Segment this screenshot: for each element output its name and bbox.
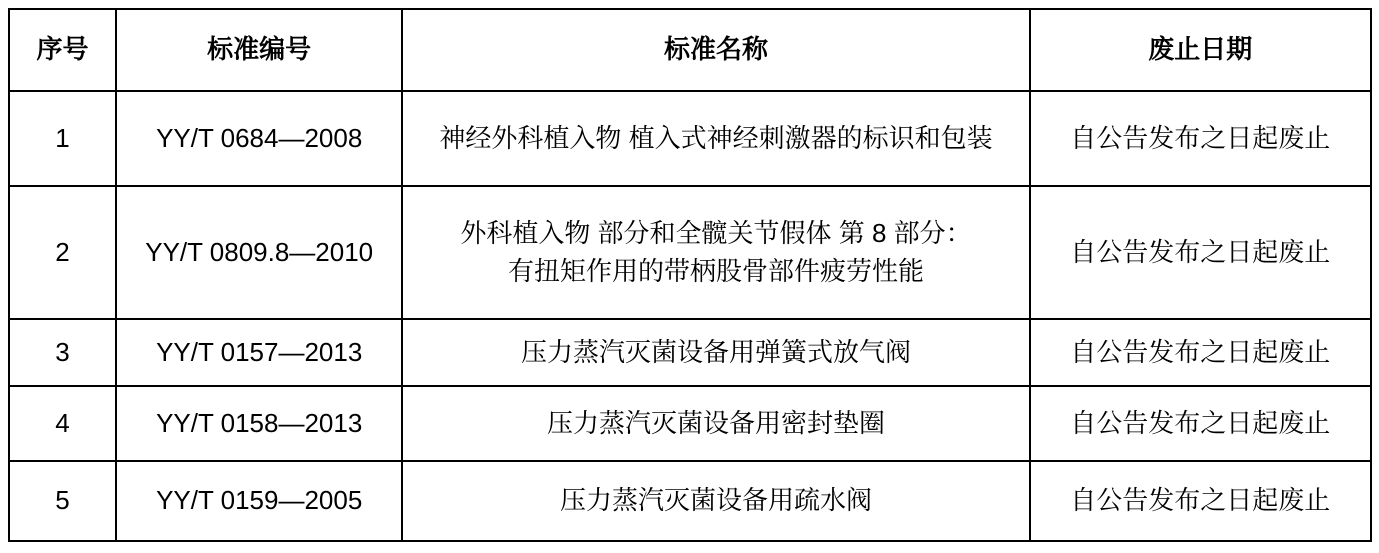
standard-name-cell: 外科植入物 部分和全髋关节假体 第 8 部分： 有扭矩作用的带柄股骨部件疲劳性能	[402, 186, 1029, 319]
abolish-date-cell: 自公告发布之日起废止	[1030, 386, 1371, 461]
abolish-date-cell: 自公告发布之日起废止	[1030, 461, 1371, 541]
standard-code-cell: YY/T 0809.8—2010	[116, 186, 403, 319]
standard-code-cell: YY/T 0158—2013	[116, 386, 403, 461]
standard-code-cell: YY/T 0159—2005	[116, 461, 403, 541]
standard-name-cell: 神经外科植入物 植入式神经刺激器的标识和包装	[402, 91, 1029, 186]
row-number-cell: 5	[9, 461, 116, 541]
standard-name-cell: 压力蒸汽灭菌设备用弹簧式放气阀	[402, 319, 1029, 386]
header-abolish-date: 废止日期	[1030, 9, 1371, 91]
table-row: 1 YY/T 0684—2008 神经外科植入物 植入式神经刺激器的标识和包装 …	[9, 91, 1371, 186]
row-number-cell: 3	[9, 319, 116, 386]
standard-code-cell: YY/T 0684—2008	[116, 91, 403, 186]
abolished-standards-table: 序号 标准编号 标准名称 废止日期 1 YY/T 0684—2008 神经外科植…	[8, 8, 1372, 542]
table-row: 4 YY/T 0158—2013 压力蒸汽灭菌设备用密封垫圈 自公告发布之日起废…	[9, 386, 1371, 461]
header-row-number: 序号	[9, 9, 116, 91]
table-row: 5 YY/T 0159—2005 压力蒸汽灭菌设备用疏水阀 自公告发布之日起废止	[9, 461, 1371, 541]
standard-name-cell: 压力蒸汽灭菌设备用密封垫圈	[402, 386, 1029, 461]
header-standard-name: 标准名称	[402, 9, 1029, 91]
header-standard-code: 标准编号	[116, 9, 403, 91]
table-row: 2 YY/T 0809.8—2010 外科植入物 部分和全髋关节假体 第 8 部…	[9, 186, 1371, 319]
table-header-row: 序号 标准编号 标准名称 废止日期	[9, 9, 1371, 91]
standard-code-cell: YY/T 0157—2013	[116, 319, 403, 386]
row-number-cell: 1	[9, 91, 116, 186]
table-row: 3 YY/T 0157—2013 压力蒸汽灭菌设备用弹簧式放气阀 自公告发布之日…	[9, 319, 1371, 386]
row-number-cell: 4	[9, 386, 116, 461]
row-number-cell: 2	[9, 186, 116, 319]
abolish-date-cell: 自公告发布之日起废止	[1030, 319, 1371, 386]
abolish-date-cell: 自公告发布之日起废止	[1030, 186, 1371, 319]
abolish-date-cell: 自公告发布之日起废止	[1030, 91, 1371, 186]
standard-name-cell: 压力蒸汽灭菌设备用疏水阀	[402, 461, 1029, 541]
